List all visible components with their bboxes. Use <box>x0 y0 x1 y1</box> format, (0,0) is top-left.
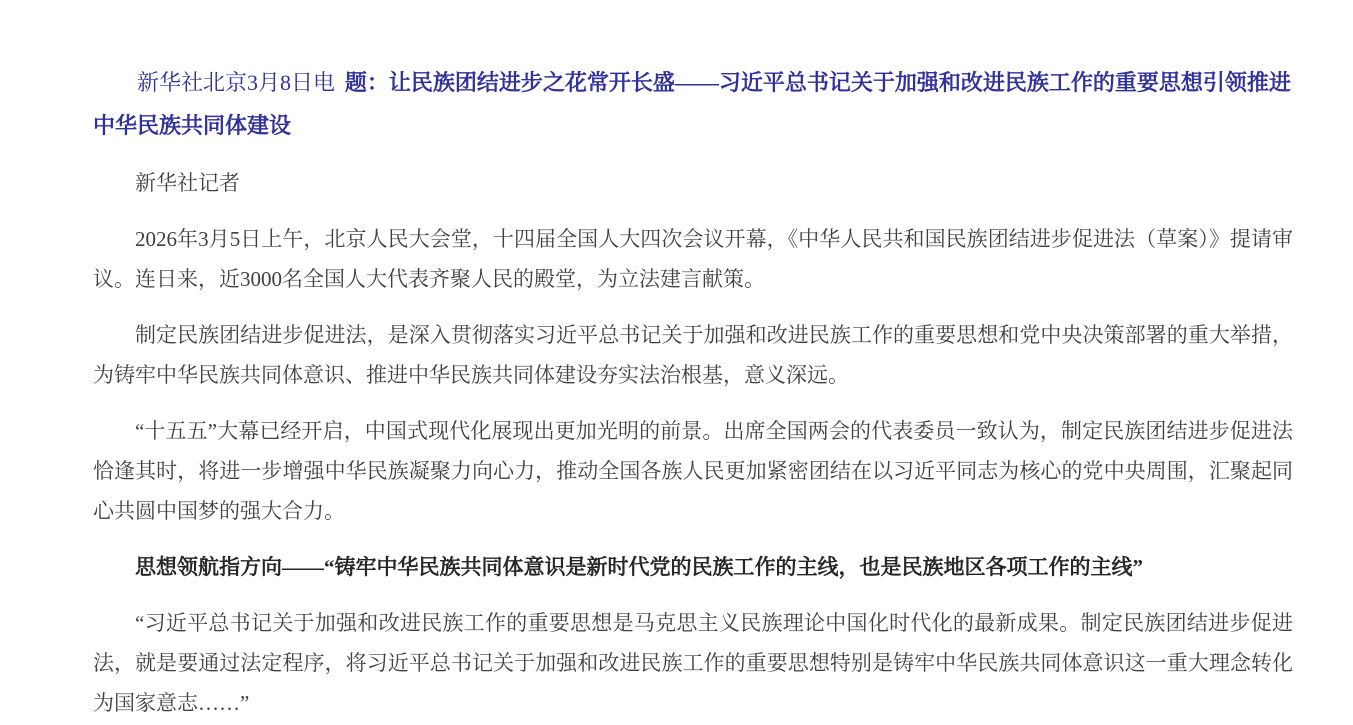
article-title: 新华社北京3月8日电题：让民族团结进步之花常开长盛——习近平总书记关于加强和改进… <box>93 61 1293 147</box>
paragraph-consensus: “十五五”大幕已经开启，中国式现代化展现出更加光明的前景。出席全国两会的代表委员… <box>93 411 1293 531</box>
paragraph-opening: 2026年3月5日上午，北京人民大会堂，十四届全国人大四次会议开幕，《中华人民共… <box>93 219 1293 299</box>
paragraph-quote: “习近平总书记关于加强和改进民族工作的重要思想是马克思主义民族理论中国化时代化的… <box>93 603 1293 723</box>
article-byline: 新华社记者 <box>93 163 1293 203</box>
article-page: 新华社北京3月8日电题：让民族团结进步之花常开长盛——习近平总书记关于加强和改进… <box>0 0 1353 725</box>
paragraph-significance: 制定民族团结进步促进法，是深入贯彻落实习近平总书记关于加强和改进民族工作的重要思… <box>93 315 1293 395</box>
section-heading: 思想领航指方向——“铸牢中华民族共同体意识是新时代党的民族工作的主线，也是民族地… <box>93 547 1293 587</box>
article-dateline: 新华社北京3月8日电 <box>137 70 335 95</box>
